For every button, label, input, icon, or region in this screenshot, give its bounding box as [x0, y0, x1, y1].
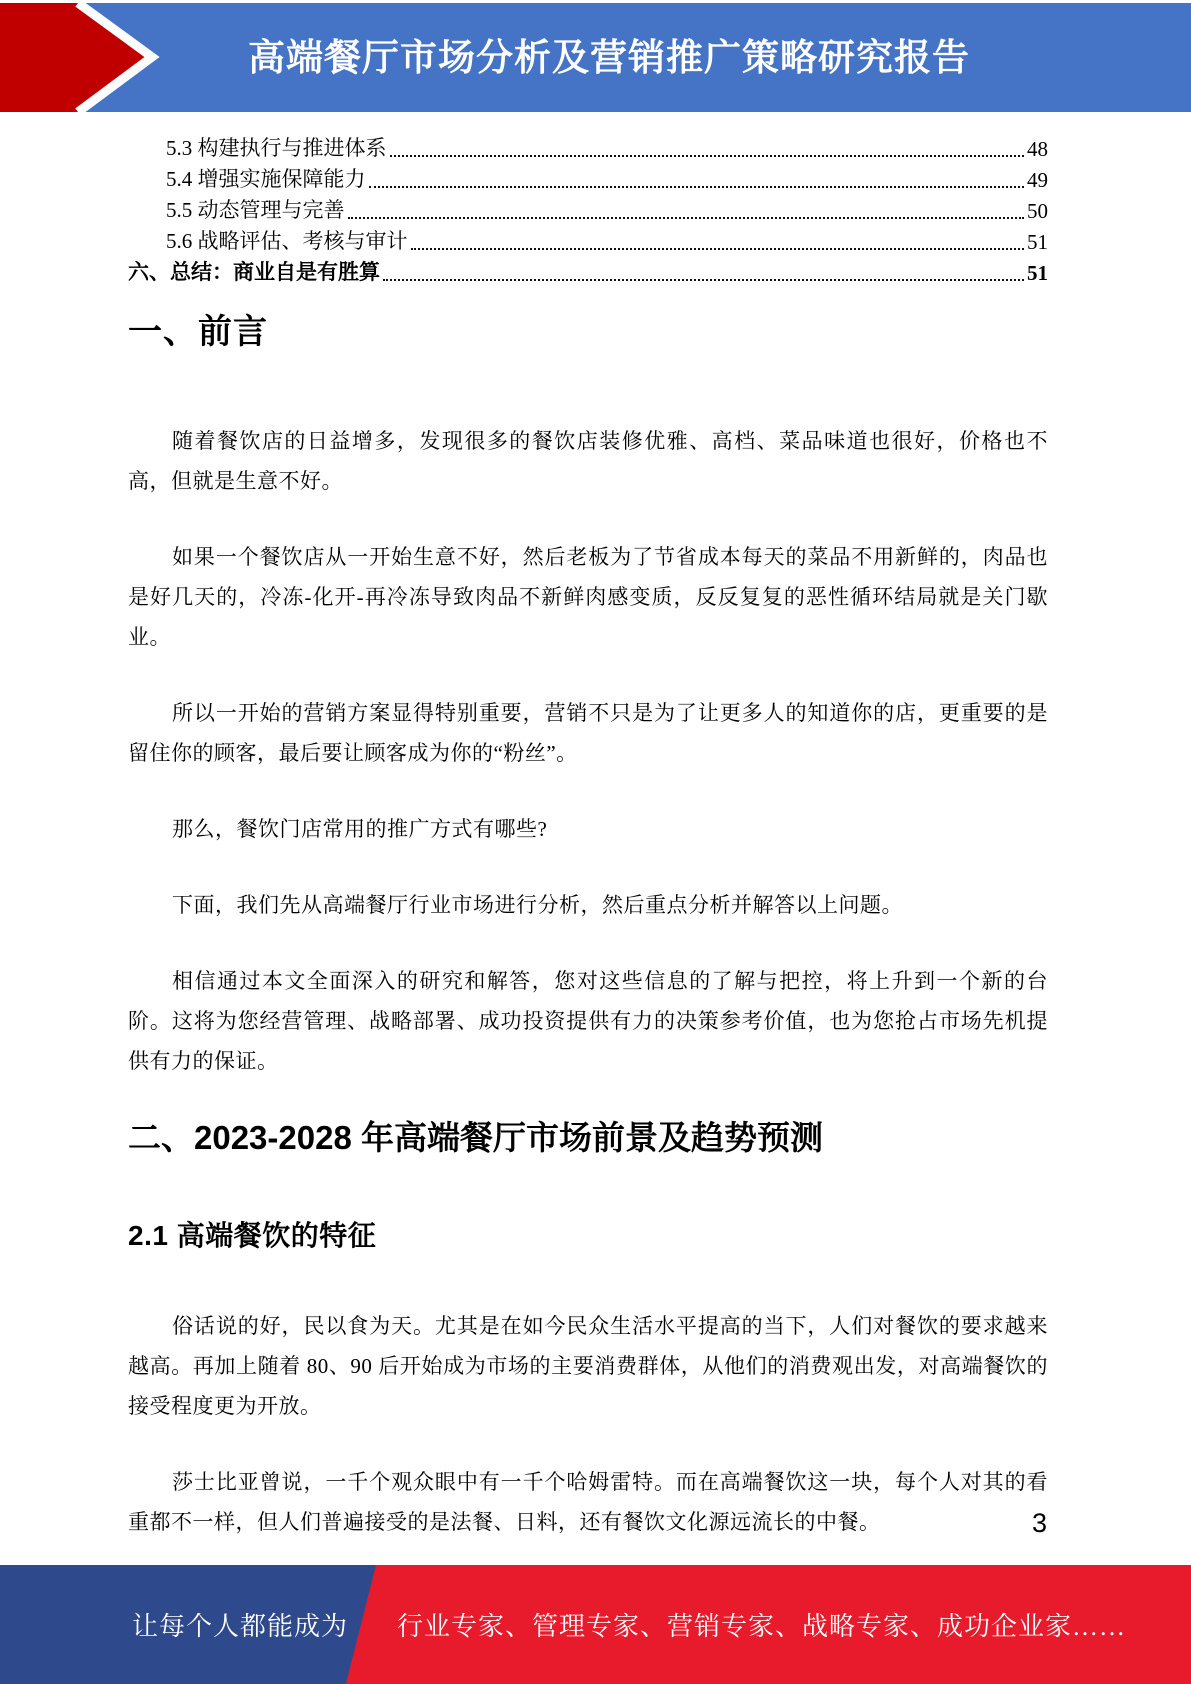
- toc-entry-label: 5.6 战略评估、考核与审计: [166, 225, 408, 255]
- document-page: 高端餐厅市场分析及营销推广策略研究报告 5.3 构建执行与推进体系 48 5.4…: [0, 0, 1191, 1684]
- toc-entry-label: 六、总结：商业自是有胜算: [128, 256, 380, 286]
- page-footer: 让每个人都能成为 行业专家、管理专家、营销专家、战略专家、成功企业家……: [0, 1565, 1191, 1684]
- section-heading-preface: 一、前言: [128, 312, 1048, 352]
- footer-slogan-right: 行业专家、管理专家、营销专家、战略专家、成功企业家……: [397, 1565, 1126, 1684]
- toc-entry[interactable]: 5.5 动态管理与完善 50: [128, 193, 1048, 224]
- toc-entry-label: 5.4 增强实施保障能力: [166, 163, 366, 193]
- toc-entry-label: 5.3 构建执行与推进体系: [166, 132, 387, 162]
- red-chevron-icon: [0, 3, 170, 112]
- market-paragraph: 莎士比亚曾说，一千个观众眼中有一千个哈姆雷特。而在高端餐饮这一块，每个人对其的看…: [128, 1462, 1048, 1542]
- page-content: 5.3 构建执行与推进体系 48 5.4 增强实施保障能力 49 5.5 动态管…: [128, 113, 1048, 1542]
- toc-entry[interactable]: 六、总结：商业自是有胜算 51: [128, 255, 1048, 286]
- preface-paragraph: 所以一开始的营销方案显得特别重要，营销不只是为了让更多人的知道你的店，更重要的是…: [128, 693, 1048, 773]
- toc-entry-page: 50: [1027, 199, 1048, 224]
- preface-paragraph: 下面，我们先从高端餐厅行业市场进行分析，然后重点分析并解答以上问题。: [128, 885, 1048, 925]
- toc-entry-page: 51: [1027, 230, 1048, 255]
- market-paragraph: 俗话说的好，民以食为天。尤其是在如今民众生活水平提高的当下，人们对餐饮的要求越来…: [128, 1306, 1048, 1426]
- toc-entry-page: 48: [1027, 137, 1048, 162]
- preface-paragraph: 相信通过本文全面深入的研究和解答，您对这些信息的了解与把控，将上升到一个新的台阶…: [128, 961, 1048, 1081]
- page-number: 3: [1032, 1508, 1047, 1539]
- toc-entry[interactable]: 5.4 增强实施保障能力 49: [128, 162, 1048, 193]
- page-header-banner: 高端餐厅市场分析及营销推广策略研究报告: [0, 3, 1191, 112]
- toc-entry-page: 49: [1027, 168, 1048, 193]
- section-heading-market: 二、2023-2028 年高端餐厅市场前景及趋势预测: [128, 1118, 1048, 1158]
- toc-entry[interactable]: 5.3 构建执行与推进体系 48: [128, 131, 1048, 162]
- footer-slogan-left: 让每个人都能成为: [0, 1565, 348, 1684]
- table-of-contents: 5.3 构建执行与推进体系 48 5.4 增强实施保障能力 49 5.5 动态管…: [128, 113, 1048, 286]
- toc-dot-leader: [369, 186, 1025, 188]
- subsection-heading-characteristics: 2.1 高端餐饮的特征: [128, 1216, 1048, 1256]
- preface-paragraph: 那么，餐饮门店常用的推广方式有哪些?: [128, 809, 1048, 849]
- preface-paragraph: 如果一个餐饮店从一开始生意不好，然后老板为了节省成本每天的菜品不用新鲜的，肉品也…: [128, 537, 1048, 657]
- toc-entry[interactable]: 5.6 战略评估、考核与审计 51: [128, 224, 1048, 255]
- preface-paragraph: 随着餐饮店的日益增多，发现很多的餐饮店装修优雅、高档、菜品味道也很好，价格也不高…: [128, 421, 1048, 501]
- toc-dot-leader: [348, 217, 1025, 219]
- report-title: 高端餐厅市场分析及营销推广策略研究报告: [150, 3, 1068, 112]
- toc-dot-leader: [390, 155, 1025, 157]
- toc-entry-label: 5.5 动态管理与完善: [166, 194, 345, 224]
- toc-entry-page: 51: [1027, 261, 1048, 286]
- toc-dot-leader: [411, 248, 1025, 250]
- toc-dot-leader: [383, 279, 1024, 281]
